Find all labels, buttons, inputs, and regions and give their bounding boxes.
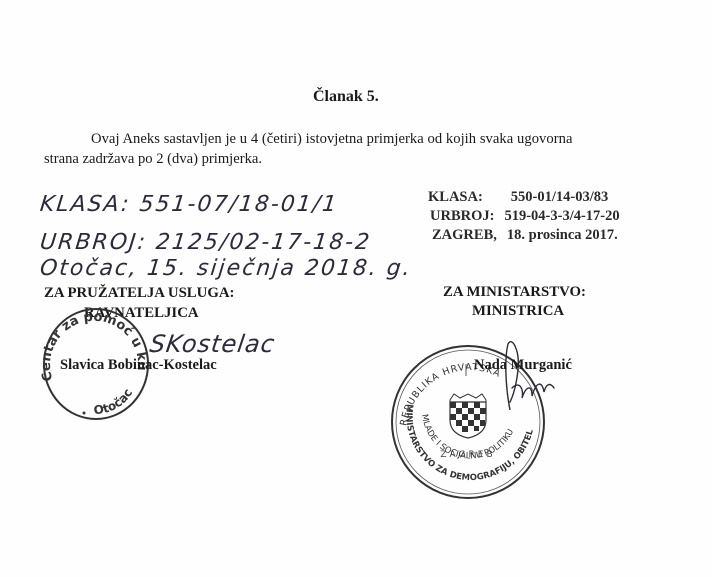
ministry-heading: ZA MINISTARSTVO: — [443, 284, 586, 301]
ministry-signature-icon — [498, 340, 558, 410]
handwritten-klasa: KLASA: 551-07/18-01/1 — [39, 192, 340, 217]
svg-text:Otočac: Otočac — [93, 386, 135, 417]
handwritten-place-date: Otočac, 15. siječnja 2018. g. — [39, 256, 413, 281]
urbroj-value: 519-04-3-3/4-17-20 — [504, 208, 619, 225]
urbroj-label: URBROJ: — [430, 208, 494, 224]
provider-heading: ZA PRUŽATELJA USLUGA: — [44, 285, 234, 302]
printed-klasa: KLASA:550-01/14-03/83 — [428, 189, 608, 206]
paragraph-line-1: Ovaj Aneks sastavljen je u 4 (četiri) is… — [91, 131, 573, 148]
provider-name: Slavica Bobinac-Kostelac — [60, 357, 217, 374]
paragraph-line-2: strana zadržava po 2 (dva) primjerka. — [44, 151, 262, 168]
provider-signature: SKostelac — [148, 330, 277, 358]
article-title: Članak 5. — [313, 88, 379, 106]
ministry-name: Nada Murganić — [474, 357, 572, 374]
document-page: Članak 5. Ovaj Aneks sastavljen je u 4 (… — [0, 0, 712, 577]
printed-urbroj: URBROJ:519-04-3-3/4-17-20 — [430, 208, 620, 225]
ministry-role: MINISTRICA — [472, 303, 564, 320]
klasa-label: KLASA: — [428, 189, 483, 205]
svg-text:ZAGREB: ZAGREB — [440, 450, 495, 460]
date-value: 18. prosinca 2017. — [507, 227, 618, 244]
place-label: ZAGREB, — [432, 227, 497, 243]
handwritten-urbroj: URBROJ: 2125/02-17-18-2 — [39, 230, 373, 255]
printed-place-date: ZAGREB,18. prosinca 2017. — [432, 227, 618, 244]
klasa-value: 550-01/14-03/83 — [511, 189, 608, 206]
